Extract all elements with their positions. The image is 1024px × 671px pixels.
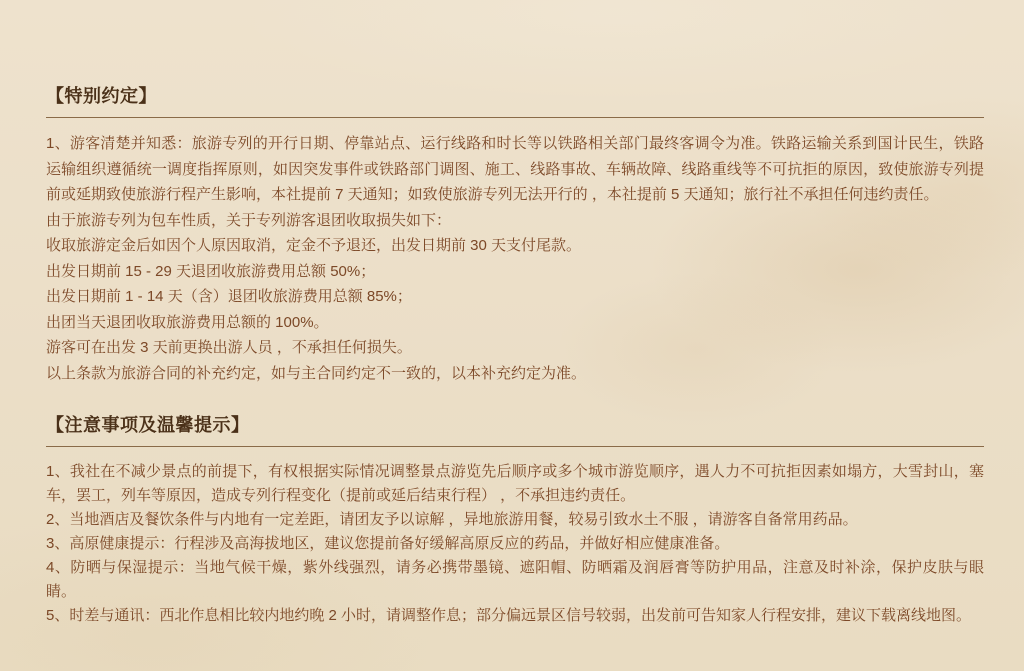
terms-line: 1、游客清楚并知悉：旅游专列的开行日期、停靠站点、运行线路和时长等以铁路相关部门… bbox=[46, 131, 984, 208]
special-agreement-section: 【特别约定】 1、游客清楚并知悉：旅游专列的开行日期、停靠站点、运行线路和时长等… bbox=[46, 84, 984, 386]
special-agreement-terms: 1、游客清楚并知悉：旅游专列的开行日期、停靠站点、运行线路和时长等以铁路相关部门… bbox=[46, 131, 984, 386]
tip-line: 1、我社在不减少景点的前提下，有权根据实际情况调整景点游览先后顺序或多个城市游览… bbox=[46, 460, 984, 508]
terms-line: 出发日期前 15 - 29 天退团收旅游费用总额 50%； bbox=[46, 259, 984, 285]
section-divider bbox=[46, 446, 984, 447]
travel-terms-page: 【特别约定】 1、游客清楚并知悉：旅游专列的开行日期、停靠站点、运行线路和时长等… bbox=[0, 0, 1024, 671]
special-agreement-title: 【特别约定】 bbox=[46, 84, 984, 108]
terms-line: 收取旅游定金后如因个人原因取消，定金不予退还，出发日期前 30 天支付尾款。 bbox=[46, 233, 984, 259]
terms-line: 由于旅游专列为包车性质，关于专列游客退团收取损失如下： bbox=[46, 208, 984, 234]
notes-tips-title: 【注意事项及温馨提示】 bbox=[46, 413, 984, 437]
terms-line: 以上条款为旅游合同的补充约定，如与主合同约定不一致的，以本补充约定为准。 bbox=[46, 361, 984, 387]
terms-line: 出团当天退团收取旅游费用总额的 100%。 bbox=[46, 310, 984, 336]
tip-line: 2、当地酒店及餐饮条件与内地有一定差距，请团友予以谅解 ，异地旅游用餐，较易引致… bbox=[46, 508, 984, 532]
terms-line: 游客可在出发 3 天前更换出游人员 ，不承担任何损失。 bbox=[46, 335, 984, 361]
notes-tips-list: 1、我社在不减少景点的前提下，有权根据实际情况调整景点游览先后顺序或多个城市游览… bbox=[46, 460, 984, 628]
section-divider bbox=[46, 117, 984, 118]
tip-line: 3、高原健康提示：行程涉及高海拔地区，建议您提前备好缓解高原反应的药品，并做好相… bbox=[46, 532, 984, 556]
notes-tips-section: 【注意事项及温馨提示】 1、我社在不减少景点的前提下，有权根据实际情况调整景点游… bbox=[46, 413, 984, 628]
terms-line: 出发日期前 1 - 14 天（含）退团收旅游费用总额 85%； bbox=[46, 284, 984, 310]
tip-line: 4、防晒与保湿提示：当地气候干燥，紫外线强烈，请务必携带墨镜、遮阳帽、防晒霜及润… bbox=[46, 556, 984, 604]
tip-line: 5、时差与通讯：西北作息相比较内地约晚 2 小时，请调整作息；部分偏远景区信号较… bbox=[46, 604, 984, 628]
page-content: 【特别约定】 1、游客清楚并知悉：旅游专列的开行日期、停靠站点、运行线路和时长等… bbox=[46, 84, 984, 655]
